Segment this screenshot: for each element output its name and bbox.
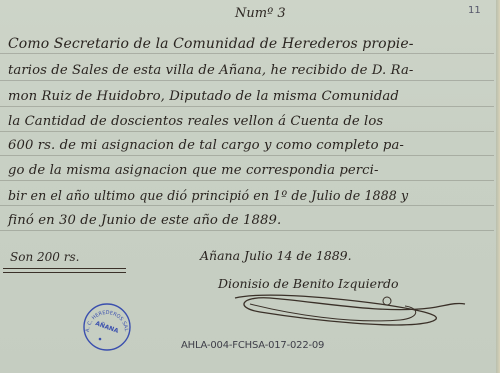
page-edge [496, 0, 500, 373]
body-line: la Cantidad de doscientos reales vellon … [8, 114, 383, 129]
body-line: go de la misma asignacion que me corresp… [8, 163, 379, 178]
body-line: tarios de Sales de esta villa de Añana, … [8, 63, 414, 78]
ruled-line [0, 205, 494, 206]
archive-reference-code: AHLA-004-FCHSA-017-022-09 [181, 340, 324, 351]
body-line: mon Ruiz de Huidobro, Diputado de la mis… [8, 89, 399, 104]
ruled-line [0, 131, 494, 132]
ruled-line [0, 230, 494, 231]
body-line: bir en el año ultimo que dió principió e… [8, 188, 408, 203]
stamp-center-text: AÑANA [94, 320, 119, 335]
ruled-line [0, 180, 494, 181]
archive-stamp-icon: A. C. HEREDEROS SALINAS AÑANA [82, 302, 132, 352]
signature: Dionisio de Benito Izquierdo [218, 276, 399, 291]
ruled-line [0, 53, 494, 54]
manuscript-page: Numº 3 11 Como Secretario de la Comunida… [0, 0, 500, 373]
body-line: finó en 30 de Junio de este año de 1889. [8, 213, 281, 228]
amount-note: Son 200 rs. [10, 250, 79, 264]
place-date: Añana Julio 14 de 1889. [200, 248, 352, 263]
ruled-line [0, 80, 494, 81]
document-number: Numº 3 [235, 6, 286, 21]
signature-flourish-icon [230, 290, 470, 330]
body-line: Como Secretario de la Comunidad de Hered… [8, 36, 414, 52]
ruled-line [0, 106, 494, 107]
body-line: 600 rs. de mi asignacion de tal cargo y … [8, 138, 404, 153]
ruled-line [0, 155, 494, 156]
amount-underline [3, 268, 126, 273]
folio-number: 11 [468, 5, 481, 16]
